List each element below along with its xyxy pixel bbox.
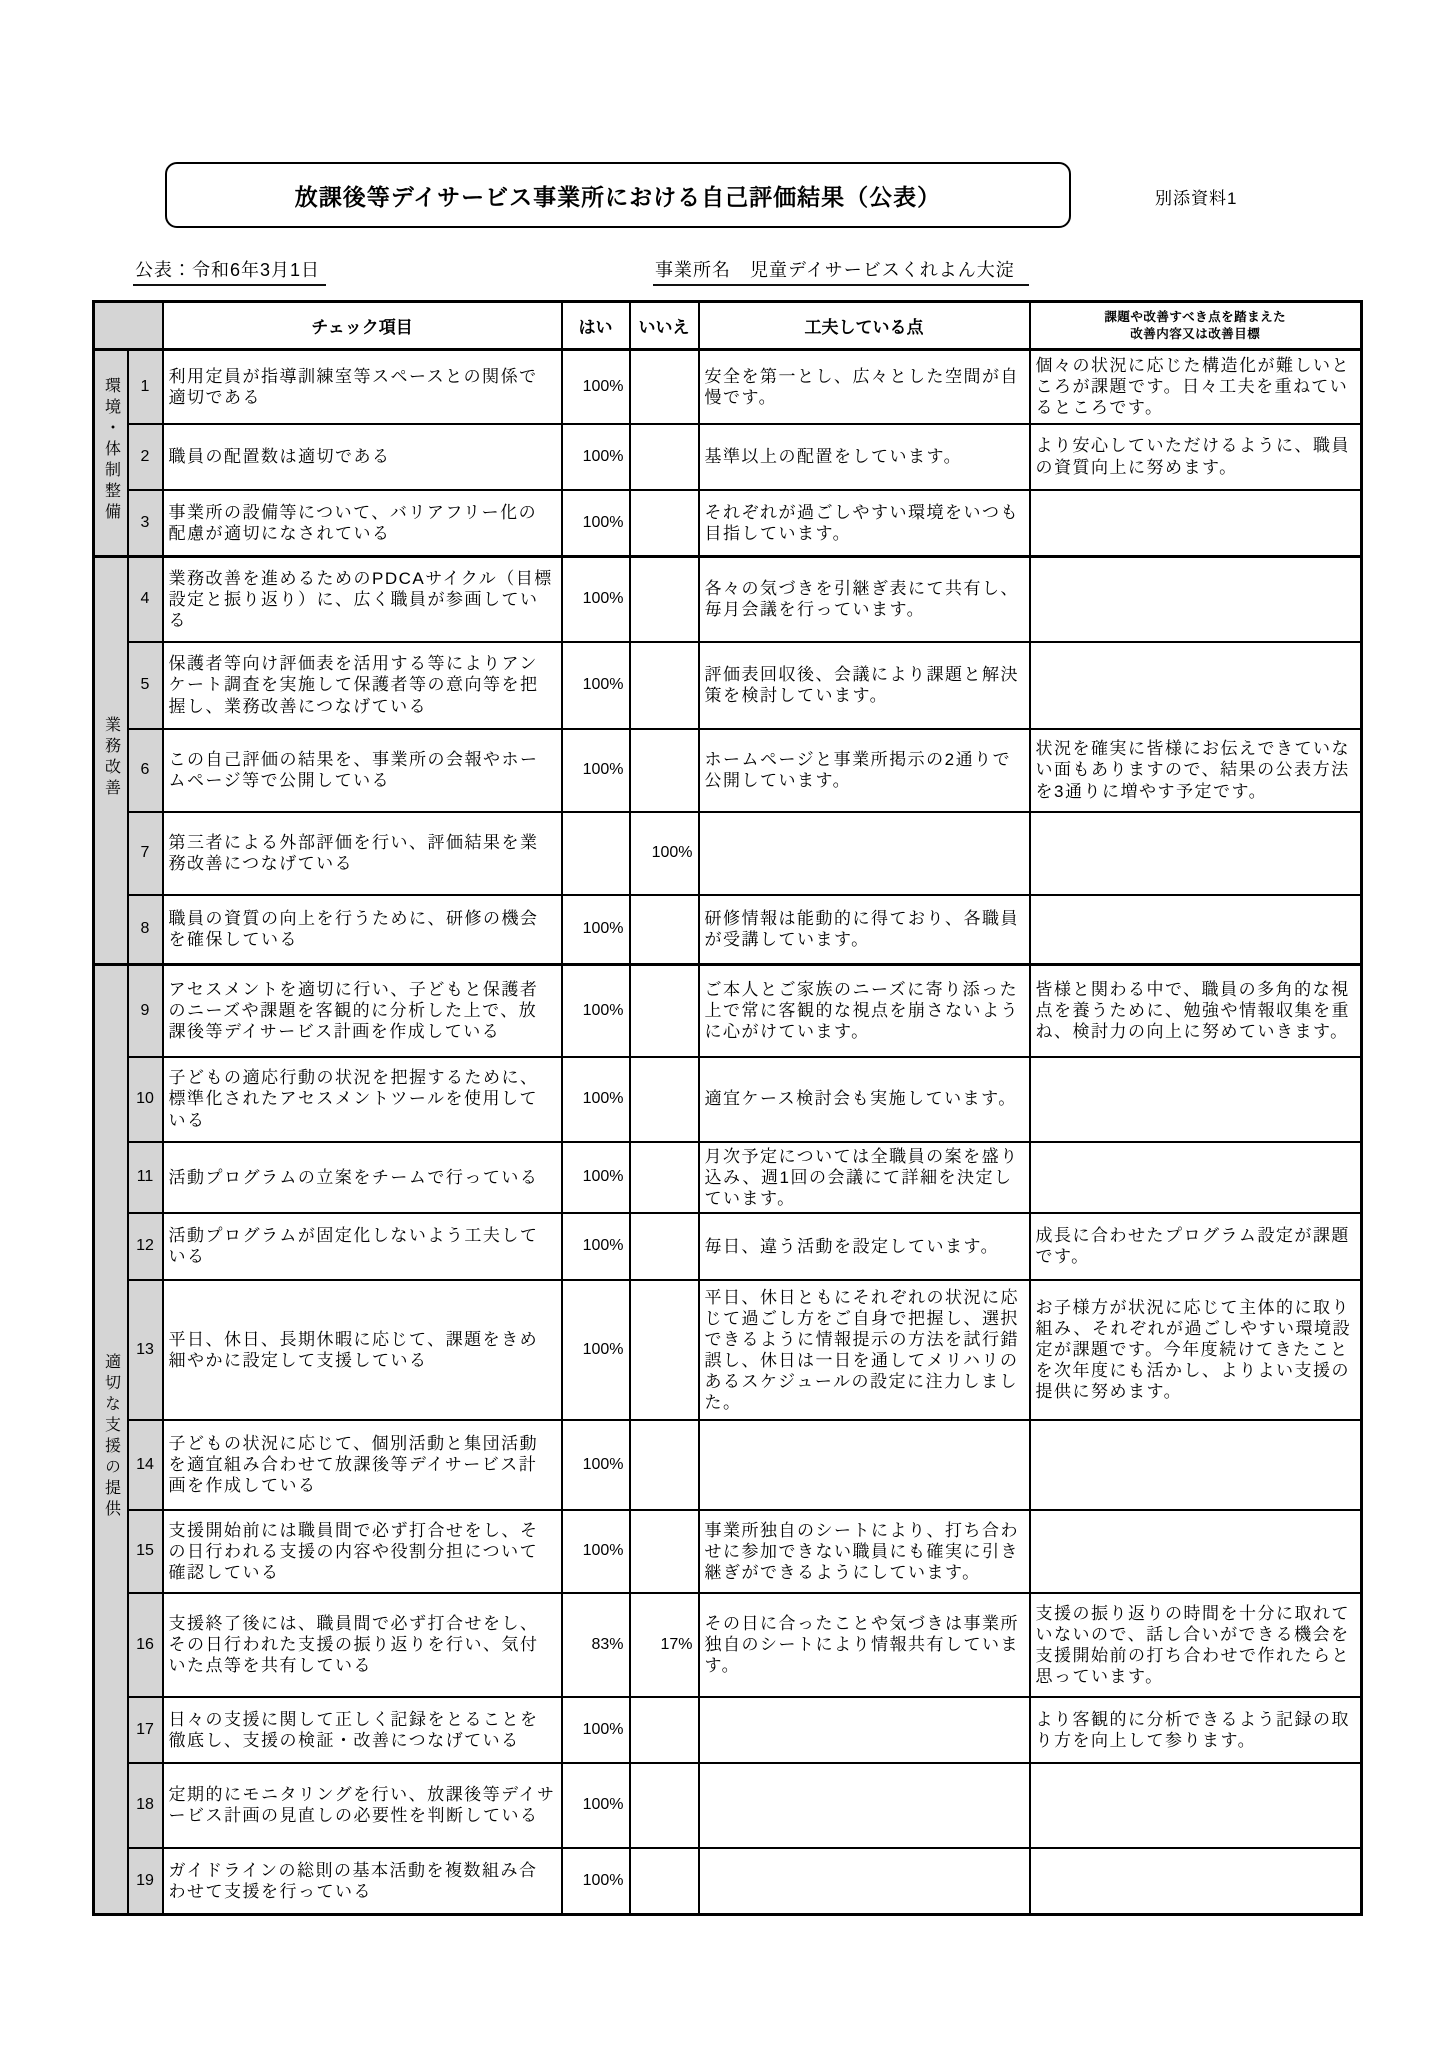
improvement-goal-cell: お子様方が状況に応じて主体的に取り組み、それぞれが過ごしやすい環境設定が課題です… [1030,1280,1362,1420]
table-row: 17日々の支援に関して正しく記録をとることを徹底し、支援の検証・改善につなげてい… [94,1697,1362,1763]
table-row: 8職員の資質の向上を行うために、研修の機会を確保している100%研修情報は能動的… [94,895,1362,965]
row-number-cell: 2 [128,424,163,490]
yes-percent-cell: 100% [562,1763,630,1848]
row-number-cell: 15 [128,1510,163,1593]
yes-percent-cell: 100% [562,1420,630,1510]
devising-point-cell: それぞれが過ごしやすい環境をいつも目指しています。 [699,490,1030,557]
check-item-cell: ガイドラインの総則の基本活動を複数組み合わせて支援を行っている [163,1848,562,1915]
check-item-cell: 活動プログラムの立案をチームで行っている [163,1142,562,1213]
no-percent-cell [630,424,699,490]
check-item-cell: 支援開始前には職員間で必ず打合せをし、その日行われる支援の内容や役割分担について… [163,1510,562,1593]
category-cell: 環境・体制整備 [94,350,128,557]
improvement-goal-cell [1030,1420,1362,1510]
table-row: 7第三者による外部評価を行い、評価結果を業務改善につなげている100% [94,812,1362,895]
devising-point-cell [699,1848,1030,1915]
check-item-cell: 職員の資質の向上を行うために、研修の機会を確保している [163,895,562,965]
devising-point-cell: 評価表回収後、会議により課題と解決策を検討しています。 [699,642,1030,729]
row-number-cell: 10 [128,1057,163,1142]
page-title: 放課後等デイサービス事業所における自己評価結果（公表） [295,179,941,212]
devising-point-cell: 事業所独自のシートにより、打ち合わせに参加できない職員にも確実に引き継ぎができる… [699,1510,1030,1593]
office-name: 事業所名 児童デイサービスくれよん大淀 [653,256,1029,286]
table-row: 3事業所の設備等について、バリアフリー化の配慮が適切になされている100%それぞ… [94,490,1362,557]
improvement-goal-cell [1030,1848,1362,1915]
devising-point-cell: 安全を第一とし、広々とした空間が自慢です。 [699,350,1030,424]
row-number-cell: 9 [128,965,163,1057]
row-number-cell: 19 [128,1848,163,1915]
table-row: 18定期的にモニタリングを行い、放課後等デイサービス計画の見直しの必要性を判断し… [94,1763,1362,1848]
category-cell: 適切な支援の提供 [94,965,128,1915]
row-number-cell: 18 [128,1763,163,1848]
yes-percent-cell: 100% [562,1280,630,1420]
devising-point-cell: 平日、休日ともにそれぞれの状況に応じて過ごし方をご自身で把握し、選択できるように… [699,1280,1030,1420]
table-row: 19ガイドラインの総則の基本活動を複数組み合わせて支援を行っている100% [94,1848,1362,1915]
yes-percent-cell: 100% [562,557,630,642]
check-item-cell: 業務改善を進めるためのPDCAサイクル（目標設定と振り返り）に、広く職員が参画し… [163,557,562,642]
header-devising: 工夫している点 [699,302,1030,350]
check-item-cell: 職員の配置数は適切である [163,424,562,490]
row-number-cell: 16 [128,1593,163,1697]
check-item-cell: 利用定員が指導訓練室等スペースとの関係で適切である [163,350,562,424]
improvement-goal-cell [1030,642,1362,729]
row-number-cell: 7 [128,812,163,895]
table-row: 14子どもの状況に応じて、個別活動と集団活動を適宜組み合わせて放課後等デイサービ… [94,1420,1362,1510]
no-percent-cell [630,1848,699,1915]
improvement-goal-cell: より客観的に分析できるよう記録の取り方を向上して参ります。 [1030,1697,1362,1763]
check-item-cell: 子どもの状況に応じて、個別活動と集団活動を適宜組み合わせて放課後等デイサービス計… [163,1420,562,1510]
header-no: いいえ [630,302,699,350]
improvement-goal-cell [1030,490,1362,557]
no-percent-cell [630,642,699,729]
row-number-cell: 17 [128,1697,163,1763]
improvement-goal-cell [1030,812,1362,895]
row-number-cell: 8 [128,895,163,965]
yes-percent-cell: 100% [562,424,630,490]
header-improvement: 課題や改善すべき点を踏まえた 改善内容又は改善目標 [1030,302,1362,350]
no-percent-cell [630,1510,699,1593]
check-item-cell: 保護者等向け評価表を活用する等によりアンケート調査を実施して保護者等の意向等を把… [163,642,562,729]
yes-percent-cell: 100% [562,965,630,1057]
improvement-goal-cell: 支援の振り返りの時間を十分に取れていないので、話し合いができる機会を支援開始前の… [1030,1593,1362,1697]
check-item-cell: 日々の支援に関して正しく記録をとることを徹底し、支援の検証・改善につなげている [163,1697,562,1763]
yes-percent-cell: 100% [562,1057,630,1142]
document-page: 放課後等デイサービス事業所における自己評価結果（公表） 別添資料1 公表：令和6… [0,0,1448,2048]
yes-percent-cell: 100% [562,1848,630,1915]
header-corner-cell [94,302,163,350]
yes-percent-cell: 83% [562,1593,630,1697]
table-row: 環境・体制整備1利用定員が指導訓練室等スペースとの関係で適切である100%安全を… [94,350,1362,424]
self-evaluation-table: チェック項目 はい いいえ 工夫している点 課題や改善すべき点を踏まえた 改善内… [92,300,1363,1916]
no-percent-cell [630,490,699,557]
table-row: 5保護者等向け評価表を活用する等によりアンケート調査を実施して保護者等の意向等を… [94,642,1362,729]
attachment-label: 別添資料1 [1155,184,1237,209]
check-table-body: 環境・体制整備1利用定員が指導訓練室等スペースとの関係で適切である100%安全を… [94,350,1362,1915]
yes-percent-cell [562,812,630,895]
improvement-goal-cell: 状況を確実に皆様にお伝えできていない面もありますので、結果の公表方法を3通りに増… [1030,729,1362,812]
no-percent-cell [630,965,699,1057]
improvement-goal-cell: 成長に合わせたプログラム設定が課題です。 [1030,1213,1362,1280]
yes-percent-cell: 100% [562,350,630,424]
devising-point-cell [699,1420,1030,1510]
yes-percent-cell: 100% [562,1142,630,1213]
devising-point-cell: 研修情報は能動的に得ており、各職員が受講しています。 [699,895,1030,965]
devising-point-cell: ご本人とご家族のニーズに寄り添った上で常に客観的な視点を崩さないように心がけてい… [699,965,1030,1057]
table-row: 6この自己評価の結果を、事業所の会報やホームページ等で公開している100%ホーム… [94,729,1362,812]
no-percent-cell [630,1213,699,1280]
publication-date: 公表：令和6年3月1日 [133,256,326,286]
no-percent-cell [630,1280,699,1420]
improvement-goal-cell [1030,895,1362,965]
row-number-cell: 11 [128,1142,163,1213]
yes-percent-cell: 100% [562,895,630,965]
yes-percent-cell: 100% [562,642,630,729]
check-item-cell: 第三者による外部評価を行い、評価結果を業務改善につなげている [163,812,562,895]
document-title-box: 放課後等デイサービス事業所における自己評価結果（公表） [165,162,1071,228]
table-row: 10子どもの適応行動の状況を把握するために、標準化されたアセスメントツールを使用… [94,1057,1362,1142]
no-percent-cell [630,1763,699,1848]
devising-point-cell: 各々の気づきを引継ぎ表にて共有し、毎月会議を行っています。 [699,557,1030,642]
check-item-cell: 支援終了後には、職員間で必ず打合せをし、その日行われた支援の振り返りを行い、気付… [163,1593,562,1697]
no-percent-cell [630,350,699,424]
yes-percent-cell: 100% [562,490,630,557]
devising-point-cell: 毎日、違う活動を設定しています。 [699,1213,1030,1280]
check-item-cell: 平日、休日、長期休暇に応じて、課題をきめ細やかに設定して支援している [163,1280,562,1420]
category-label: 業務改善 [102,716,120,800]
no-percent-cell: 17% [630,1593,699,1697]
no-percent-cell: 100% [630,812,699,895]
improvement-goal-cell: 個々の状況に応じた構造化が難しいところが課題です。日々工夫を重ねているところです… [1030,350,1362,424]
improvement-goal-cell [1030,557,1362,642]
header-yes: はい [562,302,630,350]
devising-point-cell [699,812,1030,895]
check-item-cell: 事業所の設備等について、バリアフリー化の配慮が適切になされている [163,490,562,557]
row-number-cell: 4 [128,557,163,642]
no-percent-cell [630,895,699,965]
improvement-goal-cell [1030,1057,1362,1142]
improvement-goal-cell [1030,1142,1362,1213]
header-improvement-line1: 課題や改善すべき点を踏まえた [1033,309,1359,326]
improvement-goal-cell: より安心していただけるように、職員の資質向上に努めます。 [1030,424,1362,490]
check-item-cell: この自己評価の結果を、事業所の会報やホームページ等で公開している [163,729,562,812]
table-row: 2職員の配置数は適切である100%基準以上の配置をしています。より安心していただ… [94,424,1362,490]
row-number-cell: 5 [128,642,163,729]
header-check-item: チェック項目 [163,302,562,350]
check-item-cell: 子どもの適応行動の状況を把握するために、標準化されたアセスメントツールを使用して… [163,1057,562,1142]
yes-percent-cell: 100% [562,1697,630,1763]
category-cell: 業務改善 [94,557,128,965]
no-percent-cell [630,1142,699,1213]
table-row: 12活動プログラムが固定化しないよう工夫している100%毎日、違う活動を設定して… [94,1213,1362,1280]
devising-point-cell: 月次予定については全職員の案を盛り込み、週1回の会議にて詳細を決定しています。 [699,1142,1030,1213]
header-improvement-line2: 改善内容又は改善目標 [1033,326,1359,343]
category-label: 環境・体制整備 [102,377,120,524]
row-number-cell: 6 [128,729,163,812]
table-row: 業務改善4業務改善を進めるためのPDCAサイクル（目標設定と振り返り）に、広く職… [94,557,1362,642]
no-percent-cell [630,1420,699,1510]
devising-point-cell [699,1697,1030,1763]
row-number-cell: 13 [128,1280,163,1420]
check-item-cell: 定期的にモニタリングを行い、放課後等デイサービス計画の見直しの必要性を判断してい… [163,1763,562,1848]
devising-point-cell: ホームページと事業所掲示の2通りで公開しています。 [699,729,1030,812]
devising-point-cell: その日に合ったことや気づきは事業所独自のシートにより情報共有しています。 [699,1593,1030,1697]
row-number-cell: 14 [128,1420,163,1510]
improvement-goal-cell: 皆様と関わる中で、職員の多角的な視点を養うために、勉強や情報収集を重ね、検討力の… [1030,965,1362,1057]
row-number-cell: 12 [128,1213,163,1280]
check-item-cell: 活動プログラムが固定化しないよう工夫している [163,1213,562,1280]
table-row: 11活動プログラムの立案をチームで行っている100%月次予定については全職員の案… [94,1142,1362,1213]
row-number-cell: 1 [128,350,163,424]
yes-percent-cell: 100% [562,729,630,812]
yes-percent-cell: 100% [562,1510,630,1593]
table-row: 16支援終了後には、職員間で必ず打合せをし、その日行われた支援の振り返りを行い、… [94,1593,1362,1697]
improvement-goal-cell [1030,1763,1362,1848]
devising-point-cell: 適宜ケース検討会も実施しています。 [699,1057,1030,1142]
table-row: 13平日、休日、長期休暇に応じて、課題をきめ細やかに設定して支援している100%… [94,1280,1362,1420]
table-row: 適切な支援の提供9アセスメントを適切に行い、子どもと保護者のニーズや課題を客観的… [94,965,1362,1057]
category-label: 適切な支援の提供 [102,1353,120,1521]
no-percent-cell [630,557,699,642]
table-row: 15支援開始前には職員間で必ず打合せをし、その日行われる支援の内容や役割分担につ… [94,1510,1362,1593]
row-number-cell: 3 [128,490,163,557]
devising-point-cell: 基準以上の配置をしています。 [699,424,1030,490]
no-percent-cell [630,1057,699,1142]
devising-point-cell [699,1763,1030,1848]
no-percent-cell [630,1697,699,1763]
check-item-cell: アセスメントを適切に行い、子どもと保護者のニーズや課題を客観的に分析した上で、放… [163,965,562,1057]
improvement-goal-cell [1030,1510,1362,1593]
yes-percent-cell: 100% [562,1213,630,1280]
no-percent-cell [630,729,699,812]
header-row: チェック項目 はい いいえ 工夫している点 課題や改善すべき点を踏まえた 改善内… [94,302,1362,350]
